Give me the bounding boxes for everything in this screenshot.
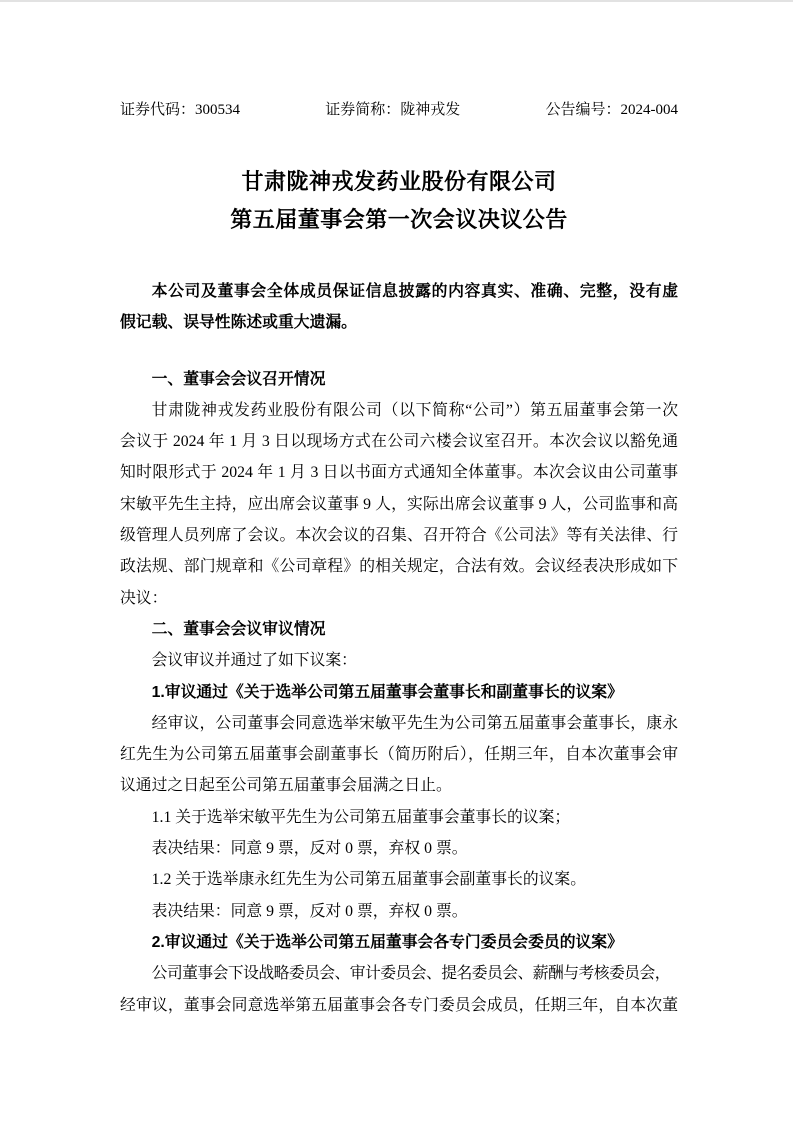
section-1-paragraph-line: 知时限形式于 2024 年 1 月 3 日以书面方式通知全体董事。本次会议由公司… [120,457,678,488]
section-1-paragraph-line: 宋敏平先生主持，应出席会议董事 9 人，实际出席会议董事 9 人，公司监事和高 [120,489,678,520]
document-body: 一、董事会会议召开情况 甘肃陇神戎发药业股份有限公司（以下简称“公司”）第五届董… [120,364,678,1021]
sub-item-1-1: 1.1 关于选举宋敏平先生为公司第五届董事会董事长的议案； [120,802,678,833]
section-2-heading: 二、董事会会议审议情况 [120,614,678,645]
item-1-paragraph-line: 经审议，公司董事会同意选举宋敏平先生为公司第五届董事会董事长，康永 [120,708,678,739]
section-2-intro-line: 会议审议并通过了如下议案： [120,645,678,676]
item-1-paragraph-line: 议通过之日起至公司第五届董事会届满之日止。 [120,770,678,801]
section-1-paragraph-line: 级管理人员列席了会议。本次会议的召集、召开符合《公司法》等有关法律、行 [120,520,678,551]
item-1-heading: 1.审议通过《关于选举公司第五届董事会董事长和副董事长的议案》 [120,677,678,708]
company-name-title: 甘肃陇神戎发药业股份有限公司 [120,163,678,201]
section-1-paragraph-line: 政法规、部门规章和《公司章程》的相关规定，合法有效。会议经表决形成如下 [120,551,678,582]
item-1-paragraph-line: 红先生为公司第五届董事会副董事长（简历附后），任期三年，自本次董事会审 [120,739,678,770]
sub-item-1-2: 1.2 关于选举康永红先生为公司第五届董事会副董事长的议案。 [120,864,678,895]
section-1-heading: 一、董事会会议召开情况 [120,364,678,395]
disclaimer-statement: 本公司及董事会全体成员保证信息披露的内容真实、准确、完整，没有虚 假记载、误导性… [120,276,678,339]
document-header: 证券代码：300534 证券简称：陇神戎发 公告编号：2024-004 [120,101,678,120]
vote-result-1-1: 表决结果：同意 9 票，反对 0 票，弃权 0 票。 [120,833,678,864]
announcement-title: 第五届董事会第一次会议决议公告 [120,201,678,239]
disclaimer-line-2: 假记载、误导性陈述或重大遗漏。 [120,307,678,338]
section-1-paragraph-line: 甘肃陇神戎发药业股份有限公司（以下简称“公司”）第五届董事会第一次 [120,395,678,426]
stock-short-name: 证券简称：陇神戎发 [325,101,460,120]
announcement-number: 公告编号：2024-004 [546,101,679,120]
section-1-paragraph-line: 决议： [120,583,678,614]
stock-code: 证券代码：300534 [120,101,240,120]
item-2-paragraph-line: 公司董事会下设战略委员会、审计委员会、提名委员会、薪酬与考核委员会， [120,958,678,989]
announcement-page: 证券代码：300534 证券简称：陇神戎发 公告编号：2024-004 甘肃陇神… [0,0,793,1122]
item-2-heading: 2.审议通过《关于选举公司第五届董事会各专门委员会委员的议案》 [120,927,678,958]
vote-result-1-2: 表决结果：同意 9 票，反对 0 票，弃权 0 票。 [120,896,678,927]
section-1-paragraph-line: 会议于 2024 年 1 月 3 日以现场方式在公司六楼会议室召开。本次会议以豁… [120,426,678,457]
disclaimer-line-1: 本公司及董事会全体成员保证信息披露的内容真实、准确、完整，没有虚 [120,276,678,307]
document-title-block: 甘肃陇神戎发药业股份有限公司 第五届董事会第一次会议决议公告 [120,163,678,239]
item-2-paragraph-line: 经审议，董事会同意选举第五届董事会各专门委员会成员，任期三年，自本次董 [120,990,678,1021]
